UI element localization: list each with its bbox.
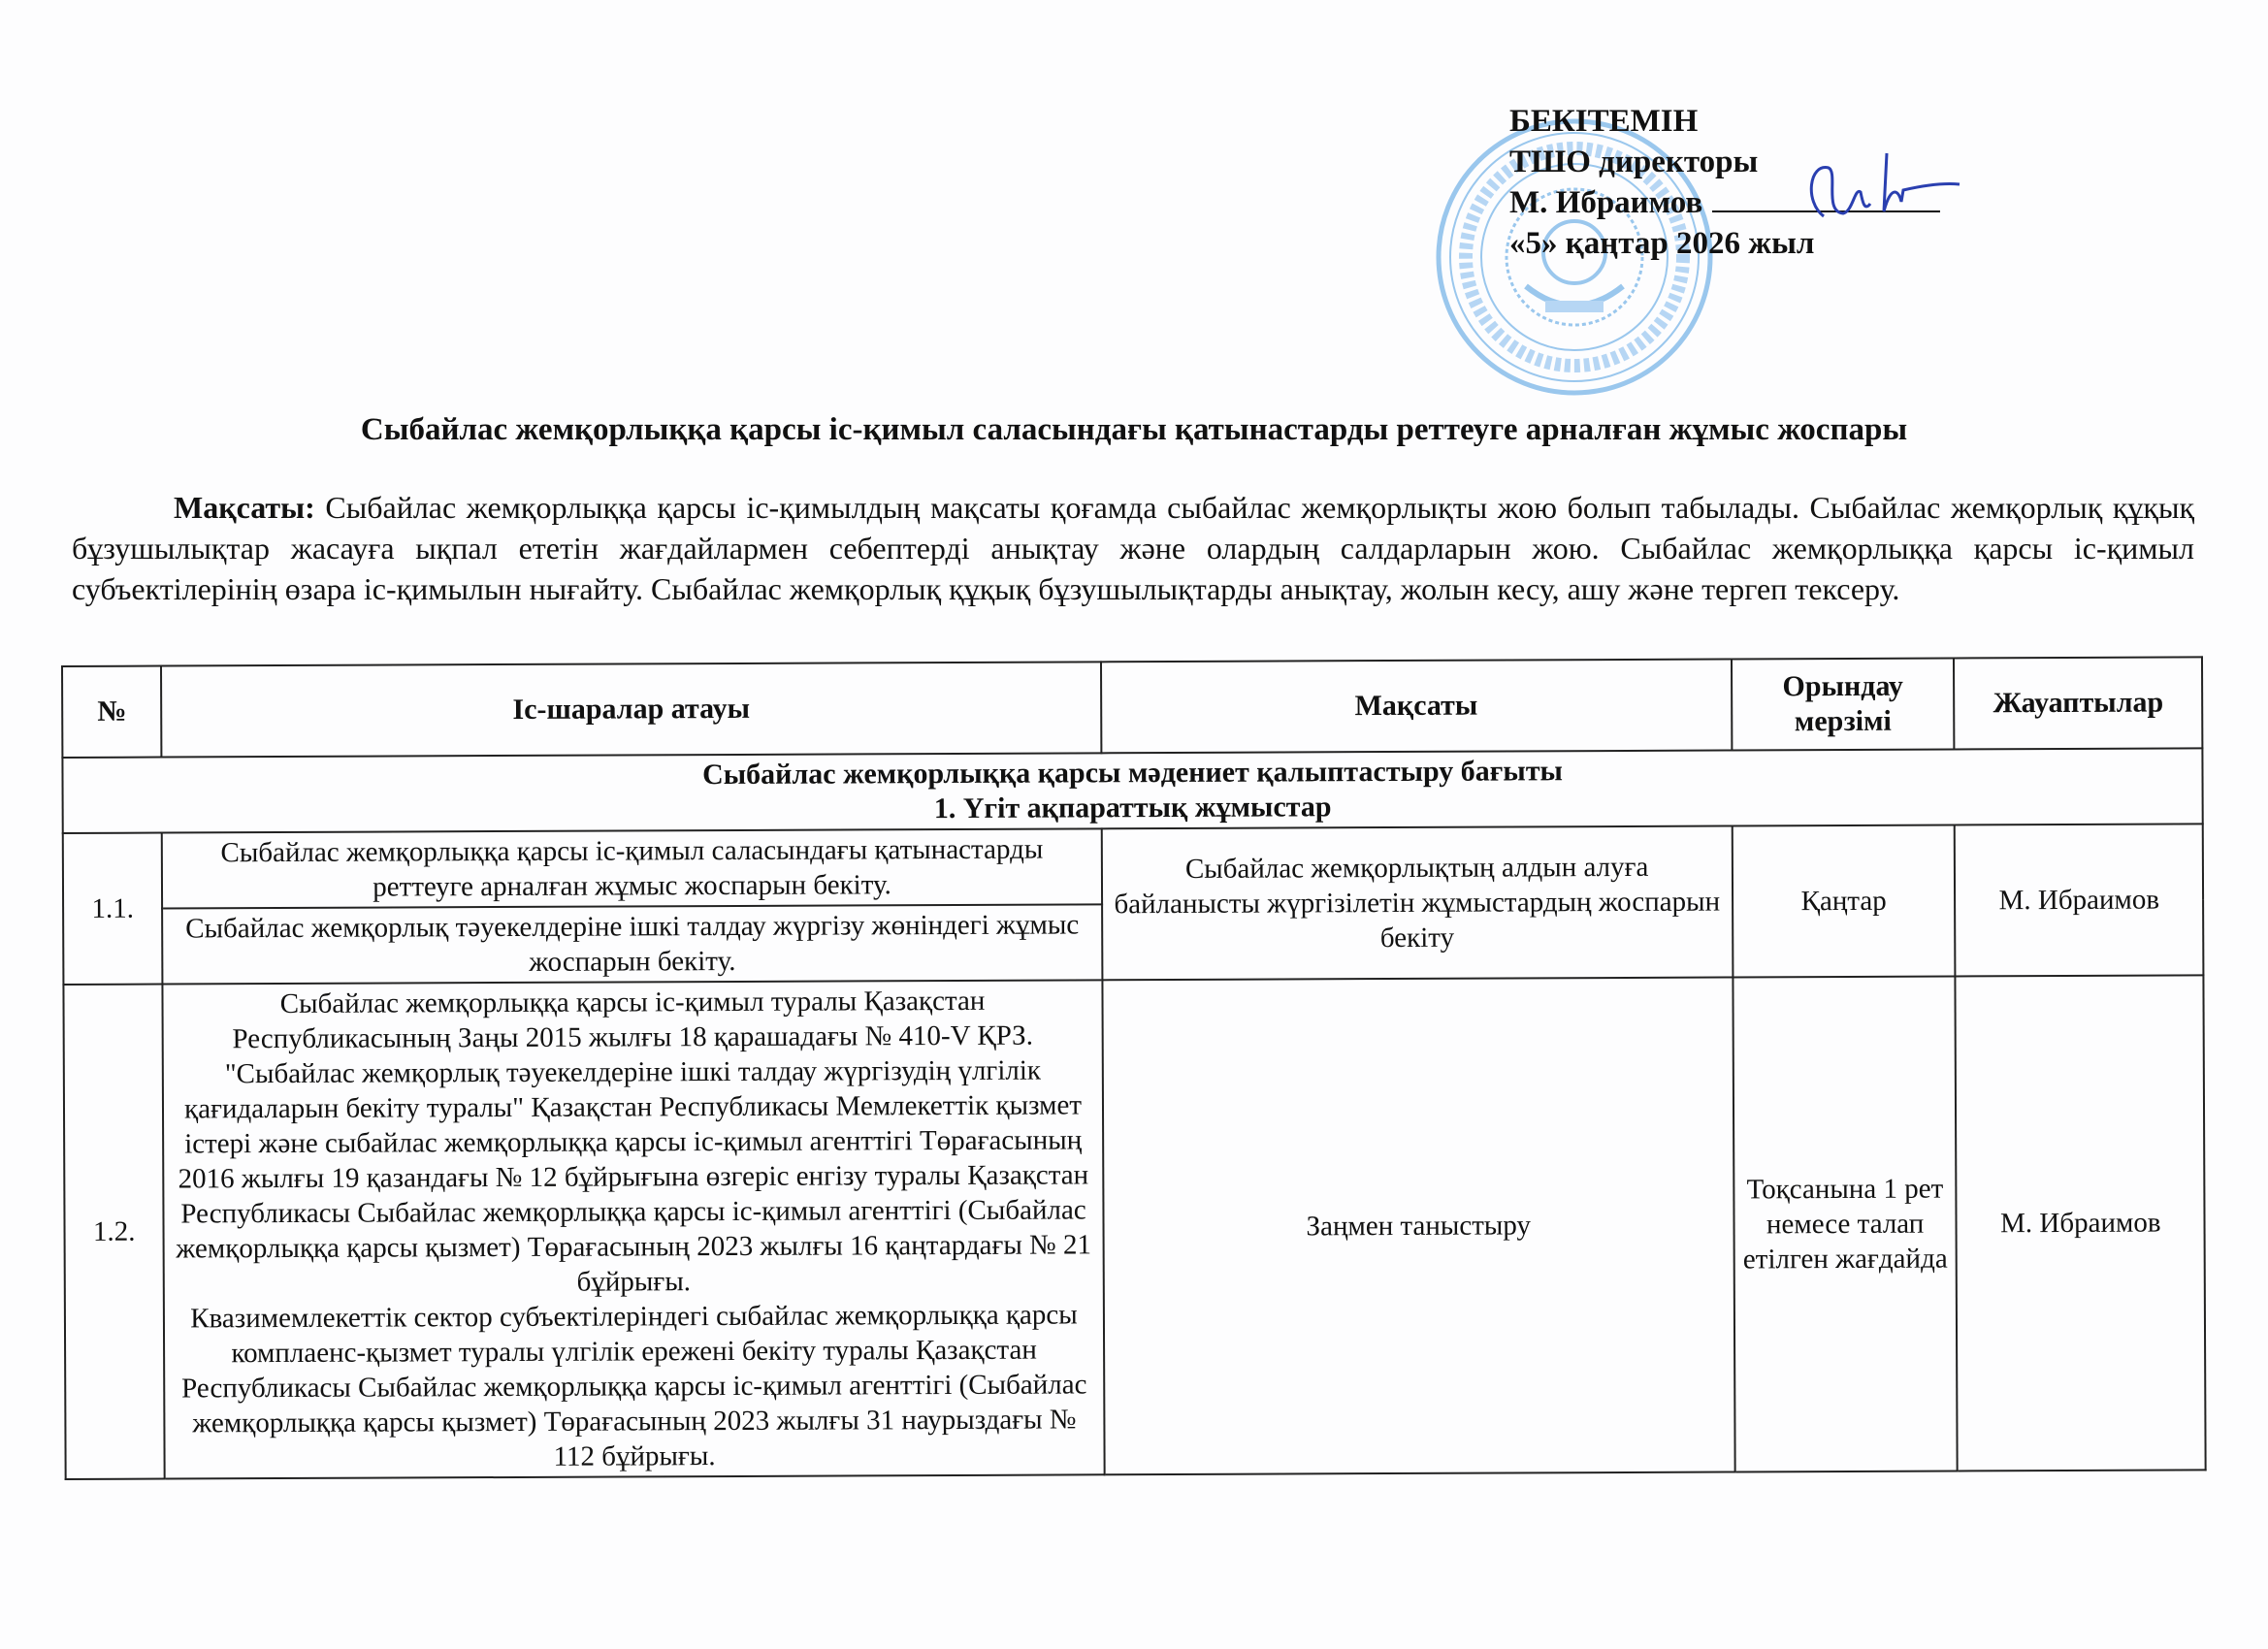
row-goal: Сыбайлас жемқорлықтың алдын алуға байлан…	[1101, 825, 1733, 980]
header-goal: Мақсаты	[1101, 659, 1732, 753]
header-name: Іс-шаралар атауы	[161, 662, 1101, 757]
row-activity-part-1: Сыбайлас жемқорлыққа қарсы іс-қимыл тура…	[172, 983, 1095, 1301]
row-responsible: М. Ибраимов	[1955, 824, 2203, 976]
row-number: 1.1.	[63, 833, 163, 985]
goal-text: Сыбайлас жемқорлыққа қарсы іс-қимылдың м…	[72, 490, 2194, 606]
header-no: №	[62, 666, 162, 758]
row-activity: Сыбайлас жемқорлыққа қарсы іс-қимыл тура…	[163, 980, 1105, 1478]
goal-label: Мақсаты:	[174, 490, 315, 525]
header-term: Орындау мерзімі	[1732, 658, 1955, 750]
document-title: Сыбайлас жемқорлыққа қарсы іс-қимыл сала…	[0, 412, 2268, 448]
row-number: 1.2.	[63, 985, 165, 1479]
table-row: 1.1. Сыбайлас жемқорлыққа қарсы іс-қимыл…	[63, 824, 2203, 909]
row-activity-part-2: Квазимемлекеттік сектор субъектілеріндег…	[173, 1297, 1095, 1475]
table-header-row: № Іс-шаралар атауы Мақсаты Орындау мерзі…	[62, 657, 2202, 758]
header-responsible: Жауаптылар	[1954, 657, 2202, 749]
section-row: Сыбайлас жемқорлыққа қарсы мәдениет қалы…	[62, 748, 2202, 833]
work-plan-table: № Іс-шаралар атауы Мақсаты Орындау мерзі…	[61, 656, 2207, 1480]
approval-heading: БЕКІТЕМІН	[1509, 101, 1940, 142]
section-heading: Сыбайлас жемқорлыққа қарсы мәдениет қалы…	[62, 748, 2202, 833]
goal-paragraph: Мақсаты: Сыбайлас жемқорлыққа қарсы іс-қ…	[72, 487, 2194, 609]
signature-icon	[1795, 144, 1969, 231]
row-term: Қаңтар	[1732, 824, 1955, 977]
row-goal: Заңмен таныстыру	[1102, 977, 1734, 1474]
row-activity: Сыбайлас жемқорлыққа қарсы іс-қимыл сала…	[162, 828, 1102, 908]
table-row: 1.2. Сыбайлас жемқорлыққа қарсы іс-қимыл…	[63, 975, 2205, 1479]
approval-signer-name: М. Ибраимов	[1509, 185, 1702, 220]
row-responsible: М. Ибраимов	[1956, 975, 2206, 1471]
row-activity: Сыбайлас жемқорлық тәуекелдеріне ішкі та…	[162, 904, 1102, 984]
row-term: Тоқсанына 1 рет немесе талап етілген жағ…	[1733, 976, 1958, 1471]
